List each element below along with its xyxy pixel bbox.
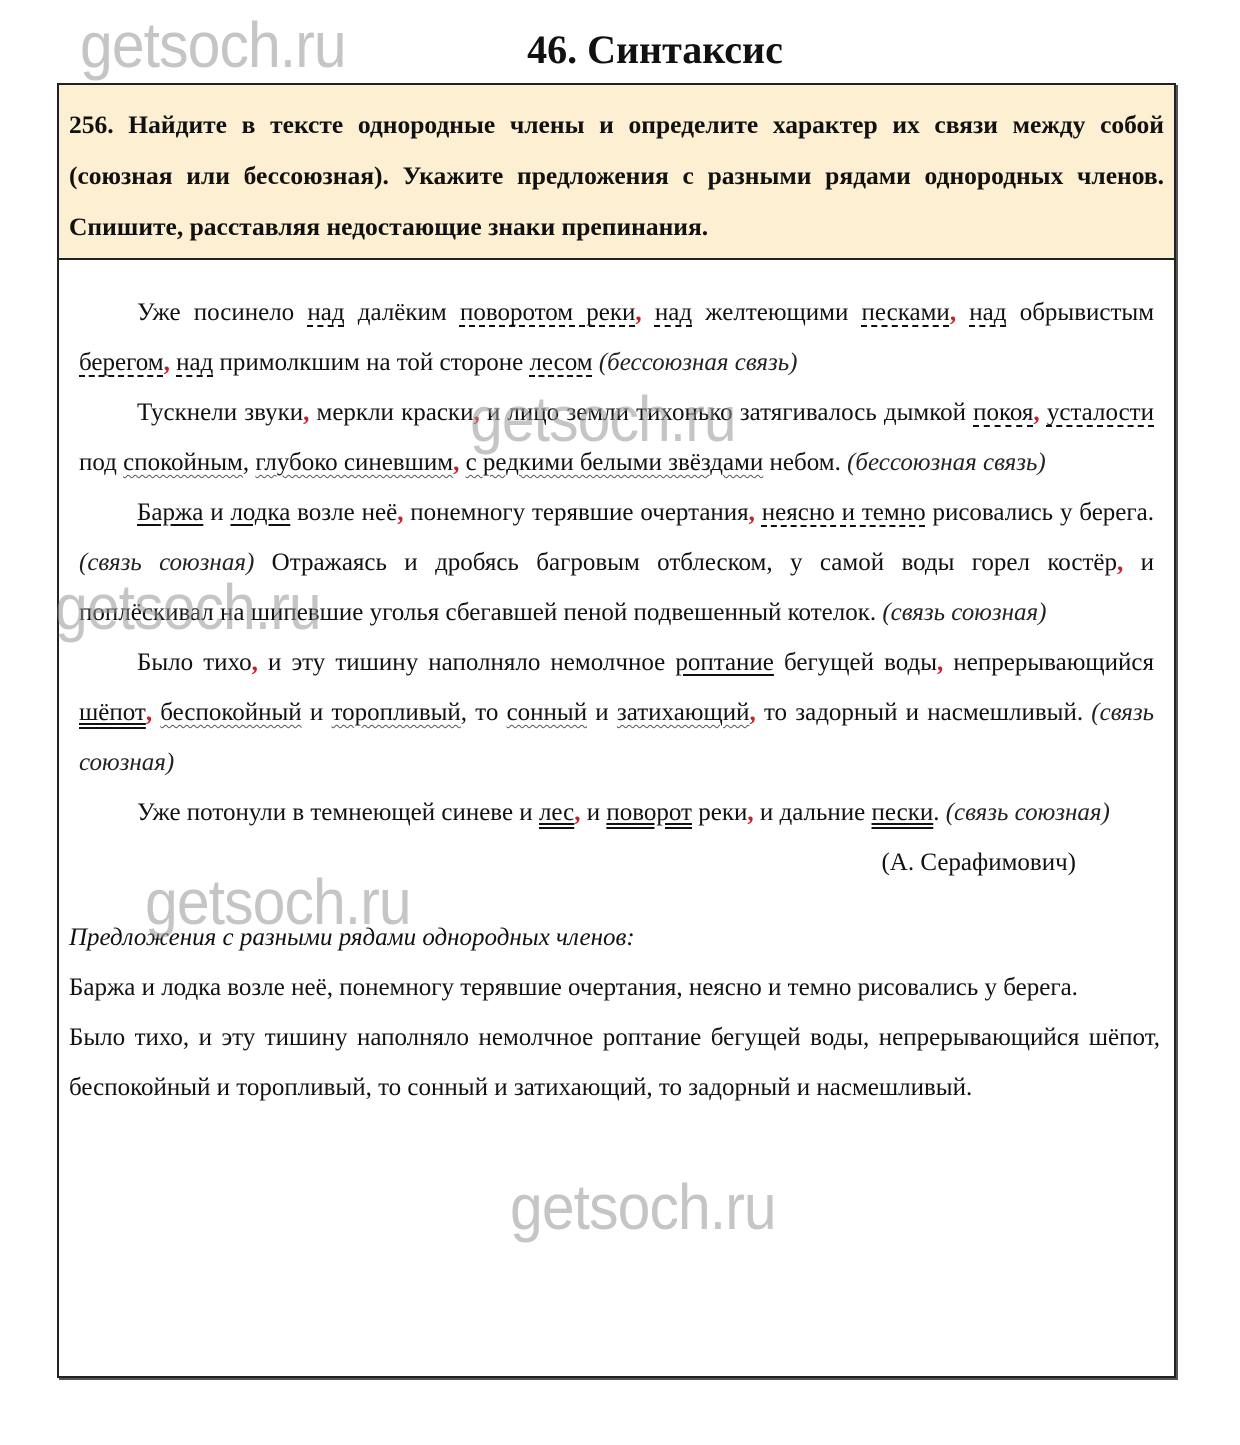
- answer-section: Предложения с разными рядами однородных …: [69, 913, 1160, 1113]
- answer-heading: Предложения с разными рядами однородных …: [69, 913, 1160, 963]
- connection-note: (связь союзная): [946, 799, 1110, 826]
- paragraph-2: Тускнели звуки, меркли краски, и лицо зе…: [79, 388, 1154, 488]
- connection-note: (связь союзная): [882, 599, 1046, 626]
- task-statement: 256. Найдите в тексте однородные члены и…: [59, 85, 1174, 260]
- answer-sentence: Было тихо, и эту тишину наполняло немолч…: [69, 1013, 1160, 1113]
- page-title: 46. Синтаксис: [0, 26, 1240, 73]
- connection-note: (связь союзная): [79, 549, 254, 576]
- connection-note: (бессоюзная связь): [599, 349, 798, 376]
- exercise-box: 256. Найдите в тексте однородные члены и…: [57, 83, 1176, 1378]
- paragraph-5: Уже потонули в темнеющей синеве и лес, и…: [79, 788, 1154, 838]
- author-attribution: (А. Серафимович): [69, 838, 1076, 888]
- answer-sentence: Баржа и лодка возле неё, понемногу теряв…: [69, 963, 1160, 1013]
- connection-note: (бессоюзная связь): [847, 449, 1046, 476]
- exercise-text: Уже посинело над далёким поворотом реки,…: [59, 260, 1174, 1113]
- paragraph-3: Баржа и лодка возле неё, понемногу теряв…: [79, 488, 1154, 638]
- paragraph-4: Было тихо, и эту тишину наполняло немолч…: [79, 638, 1154, 788]
- paragraph-1: Уже посинело над далёким поворотом реки,…: [79, 288, 1154, 388]
